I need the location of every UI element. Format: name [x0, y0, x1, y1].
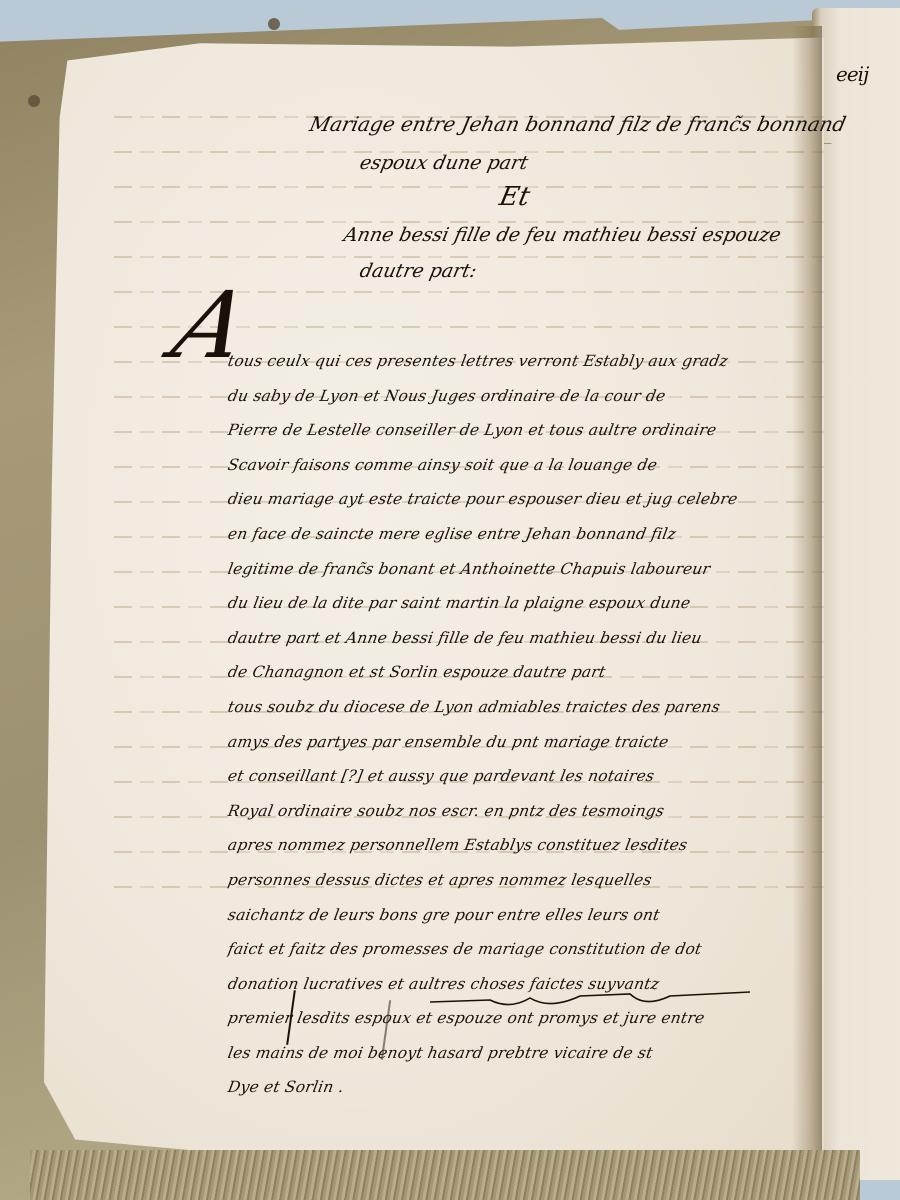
body-line: du lieu de la dite par saint martin la p… — [225, 586, 826, 621]
heading-line-1: Mariage entre Jehan bonnand filz de fran… — [308, 114, 848, 134]
body-line: Dye et Sorlin . — [225, 1070, 826, 1105]
body-line: dautre part et Anne bessi fille de feu m… — [225, 621, 826, 656]
binding-hole — [28, 95, 40, 107]
body-line: faict et faitz des promesses de mariage … — [225, 932, 826, 967]
heading-line-4: Anne bessi fille de feu mathieu bessi es… — [342, 226, 783, 245]
binding-hole — [268, 18, 280, 30]
body-line: du saby de Lyon et Nous Juges ordinaire … — [225, 379, 826, 414]
body-line: Royal ordinaire soubz nos escr. en pntz … — [225, 794, 826, 829]
body-line: tous ceulx qui ces presentes lettres ver… — [225, 344, 826, 379]
heading-line-2: espoux dune part — [358, 154, 530, 173]
body-line: saichantz de leurs bons gre pour entre e… — [225, 898, 826, 933]
body-line: personnes dessus dictes et apres nommez … — [225, 863, 826, 898]
body-line: dieu mariage ayt este traicte pour espou… — [225, 482, 826, 517]
body-line: et conseillant [?] et aussy que pardevan… — [225, 759, 826, 794]
body-line: amys des partyes par ensemble du pnt mar… — [225, 725, 826, 760]
body-line: apres nommez personnellem Establys const… — [225, 828, 826, 863]
body-line: les mains de moi benoyt hasard prebtre v… — [225, 1036, 826, 1071]
body-line: tous soubz du diocese de Lyon admiables … — [225, 690, 826, 725]
body-line: Scavoir faisons comme ainsy soit que a l… — [225, 448, 826, 483]
heading-line-5: dautre part: — [358, 262, 478, 281]
folio-number: eeij — [836, 62, 868, 86]
closing-flourish-icon — [430, 990, 750, 1014]
manuscript-photo: — eeij Mariage entre Jehan bonnand filz … — [0, 0, 900, 1200]
body-line: en face de saincte mere eglise entre Jeh… — [225, 517, 826, 552]
body-line: de Chanagnon et st Sorlin espouze dautre… — [225, 655, 826, 690]
heading-line-3: Et — [497, 184, 532, 210]
binding-leather — [30, 1150, 860, 1200]
body-line: Pierre de Lestelle conseiller de Lyon et… — [225, 413, 826, 448]
body-line: legitime de franc̃s bonant et Anthoinett… — [225, 552, 826, 587]
